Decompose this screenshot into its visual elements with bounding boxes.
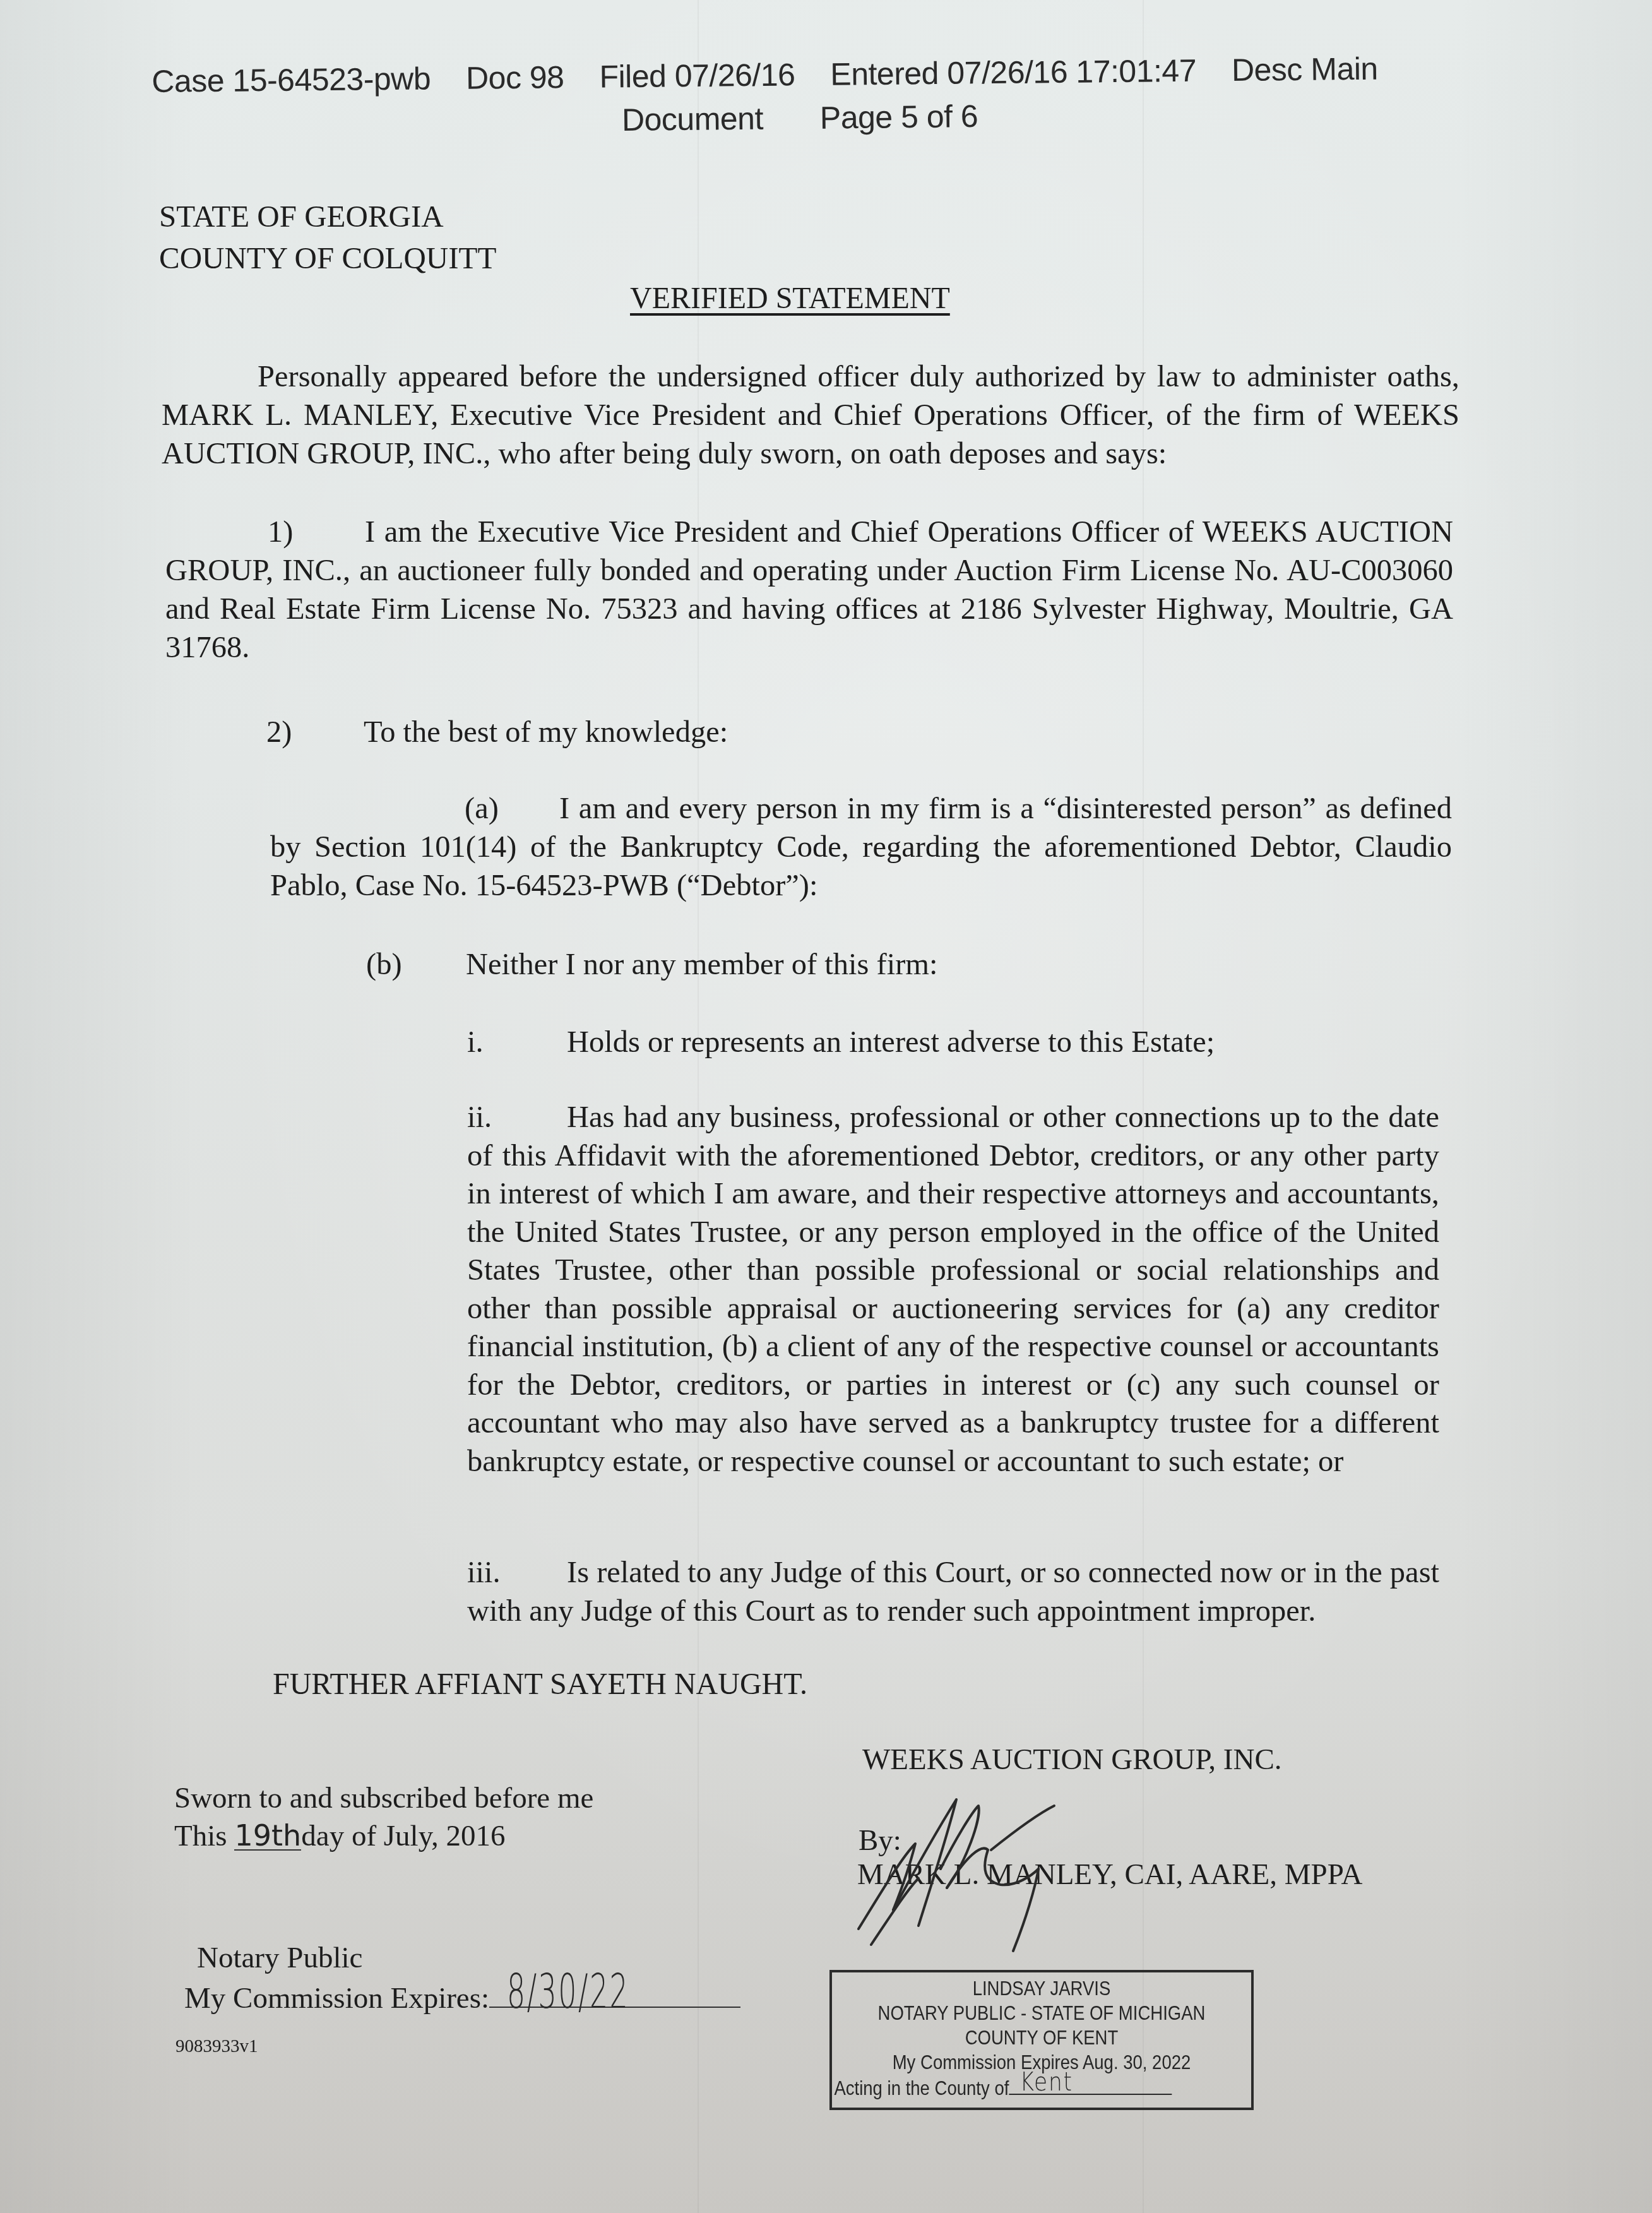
- venue-state: STATE OF GEORGIA: [159, 196, 496, 237]
- acting-county-handwritten: Kent: [1020, 2070, 1073, 2095]
- page-indicator: Page 5 of 6: [820, 98, 978, 136]
- expires-label: My Commission Expires:: [184, 1982, 489, 2015]
- document-id: 9083933v1: [175, 2036, 258, 2057]
- expires-field: 8/30/22: [489, 1977, 740, 2008]
- subparagraph-text: Neither I nor any member of this firm:: [466, 948, 938, 981]
- desc-label: Desc Main: [1232, 51, 1378, 88]
- notary-county: COUNTY OF KENT: [861, 2025, 1221, 2050]
- closing-statement: FURTHER AFFIANT SAYETH NAUGHT.: [273, 1667, 807, 1702]
- paragraph-2: 2)To the best of my knowledge:: [266, 715, 728, 749]
- notary-title: NOTARY PUBLIC - STATE OF MICHIGAN: [861, 2001, 1221, 2025]
- case-number: Case 15-64523-pwb: [152, 61, 431, 99]
- subparagraph-a: (a)I am and every person in my firm is a…: [270, 789, 1452, 905]
- subparagraph-b: (b)Neither I nor any member of this firm…: [366, 947, 938, 982]
- item-number: i.: [467, 1023, 567, 1061]
- paragraph-text: To the best of my knowledge:: [364, 715, 728, 749]
- list-item-i: i.Holds or represents an interest advers…: [467, 1023, 1439, 1061]
- jurat-line-1: Sworn to and subscribed before me: [174, 1779, 593, 1817]
- acting-county-field: Kent: [1009, 2075, 1172, 2095]
- filed-date: Filed 07/26/16: [599, 57, 795, 94]
- jurat: Sworn to and subscribed before me This 1…: [174, 1779, 593, 1855]
- item-text: Is related to any Judge of this Court, o…: [467, 1556, 1439, 1628]
- document-label: Document: [622, 101, 763, 138]
- jurat-line-2: This 19thday of July, 2016: [174, 1817, 593, 1855]
- handwritten-signature: [846, 1768, 1250, 1957]
- acting-county-line: Acting in the County ofKent: [832, 2075, 1192, 2101]
- doc-number: Doc 98: [466, 59, 564, 96]
- item-number: iii.: [467, 1553, 567, 1592]
- expires-handwritten: 8/30/22: [507, 1972, 629, 2012]
- acting-label: Acting in the County of: [834, 2077, 1009, 2099]
- this-label: This: [174, 1820, 227, 1852]
- item-number: ii.: [467, 1099, 567, 1137]
- item-text: Holds or represents an interest adverse …: [567, 1025, 1215, 1059]
- paragraph-number: 1): [165, 513, 365, 551]
- list-item-iii: iii.Is related to any Judge of this Cour…: [467, 1553, 1439, 1630]
- subparagraph-number: (a): [270, 789, 559, 828]
- paragraph-1: 1)I am the Executive Vice President and …: [165, 513, 1453, 667]
- notary-label: Notary Public: [184, 1938, 740, 1977]
- item-text: Has had any business, professional or ot…: [467, 1101, 1439, 1478]
- subparagraph-number: (b): [366, 947, 466, 982]
- notary-name: LINDSAY JARVIS: [861, 1976, 1221, 2001]
- commission-line: My Commission Expires:8/30/22: [184, 1977, 740, 2018]
- paragraph-number: 2): [266, 715, 364, 749]
- day-field: 19th: [234, 1822, 301, 1851]
- notary-stamp: LINDSAY JARVIS NOTARY PUBLIC - STATE OF …: [829, 1970, 1254, 2110]
- notary-block: Notary Public My Commission Expires:8/30…: [184, 1938, 740, 2018]
- intro-paragraph: Personally appeared before the undersign…: [162, 357, 1459, 473]
- entered-date: Entered 07/26/16 17:01:47: [830, 53, 1196, 92]
- court-header-line2: DocumentPage 5 of 6: [622, 98, 978, 138]
- court-header: Case 15-64523-pwbDoc 98Filed 07/26/16Ent…: [152, 51, 1378, 100]
- list-item-ii: ii.Has had any business, professional or…: [467, 1099, 1439, 1481]
- page-title: VERIFIED STATEMENT: [630, 281, 950, 316]
- venue-county: COUNTY OF COLQUITT: [159, 237, 496, 279]
- venue: STATE OF GEORGIA COUNTY OF COLQUITT: [159, 196, 496, 279]
- jurat-date-text: day of July, 2016: [301, 1820, 505, 1852]
